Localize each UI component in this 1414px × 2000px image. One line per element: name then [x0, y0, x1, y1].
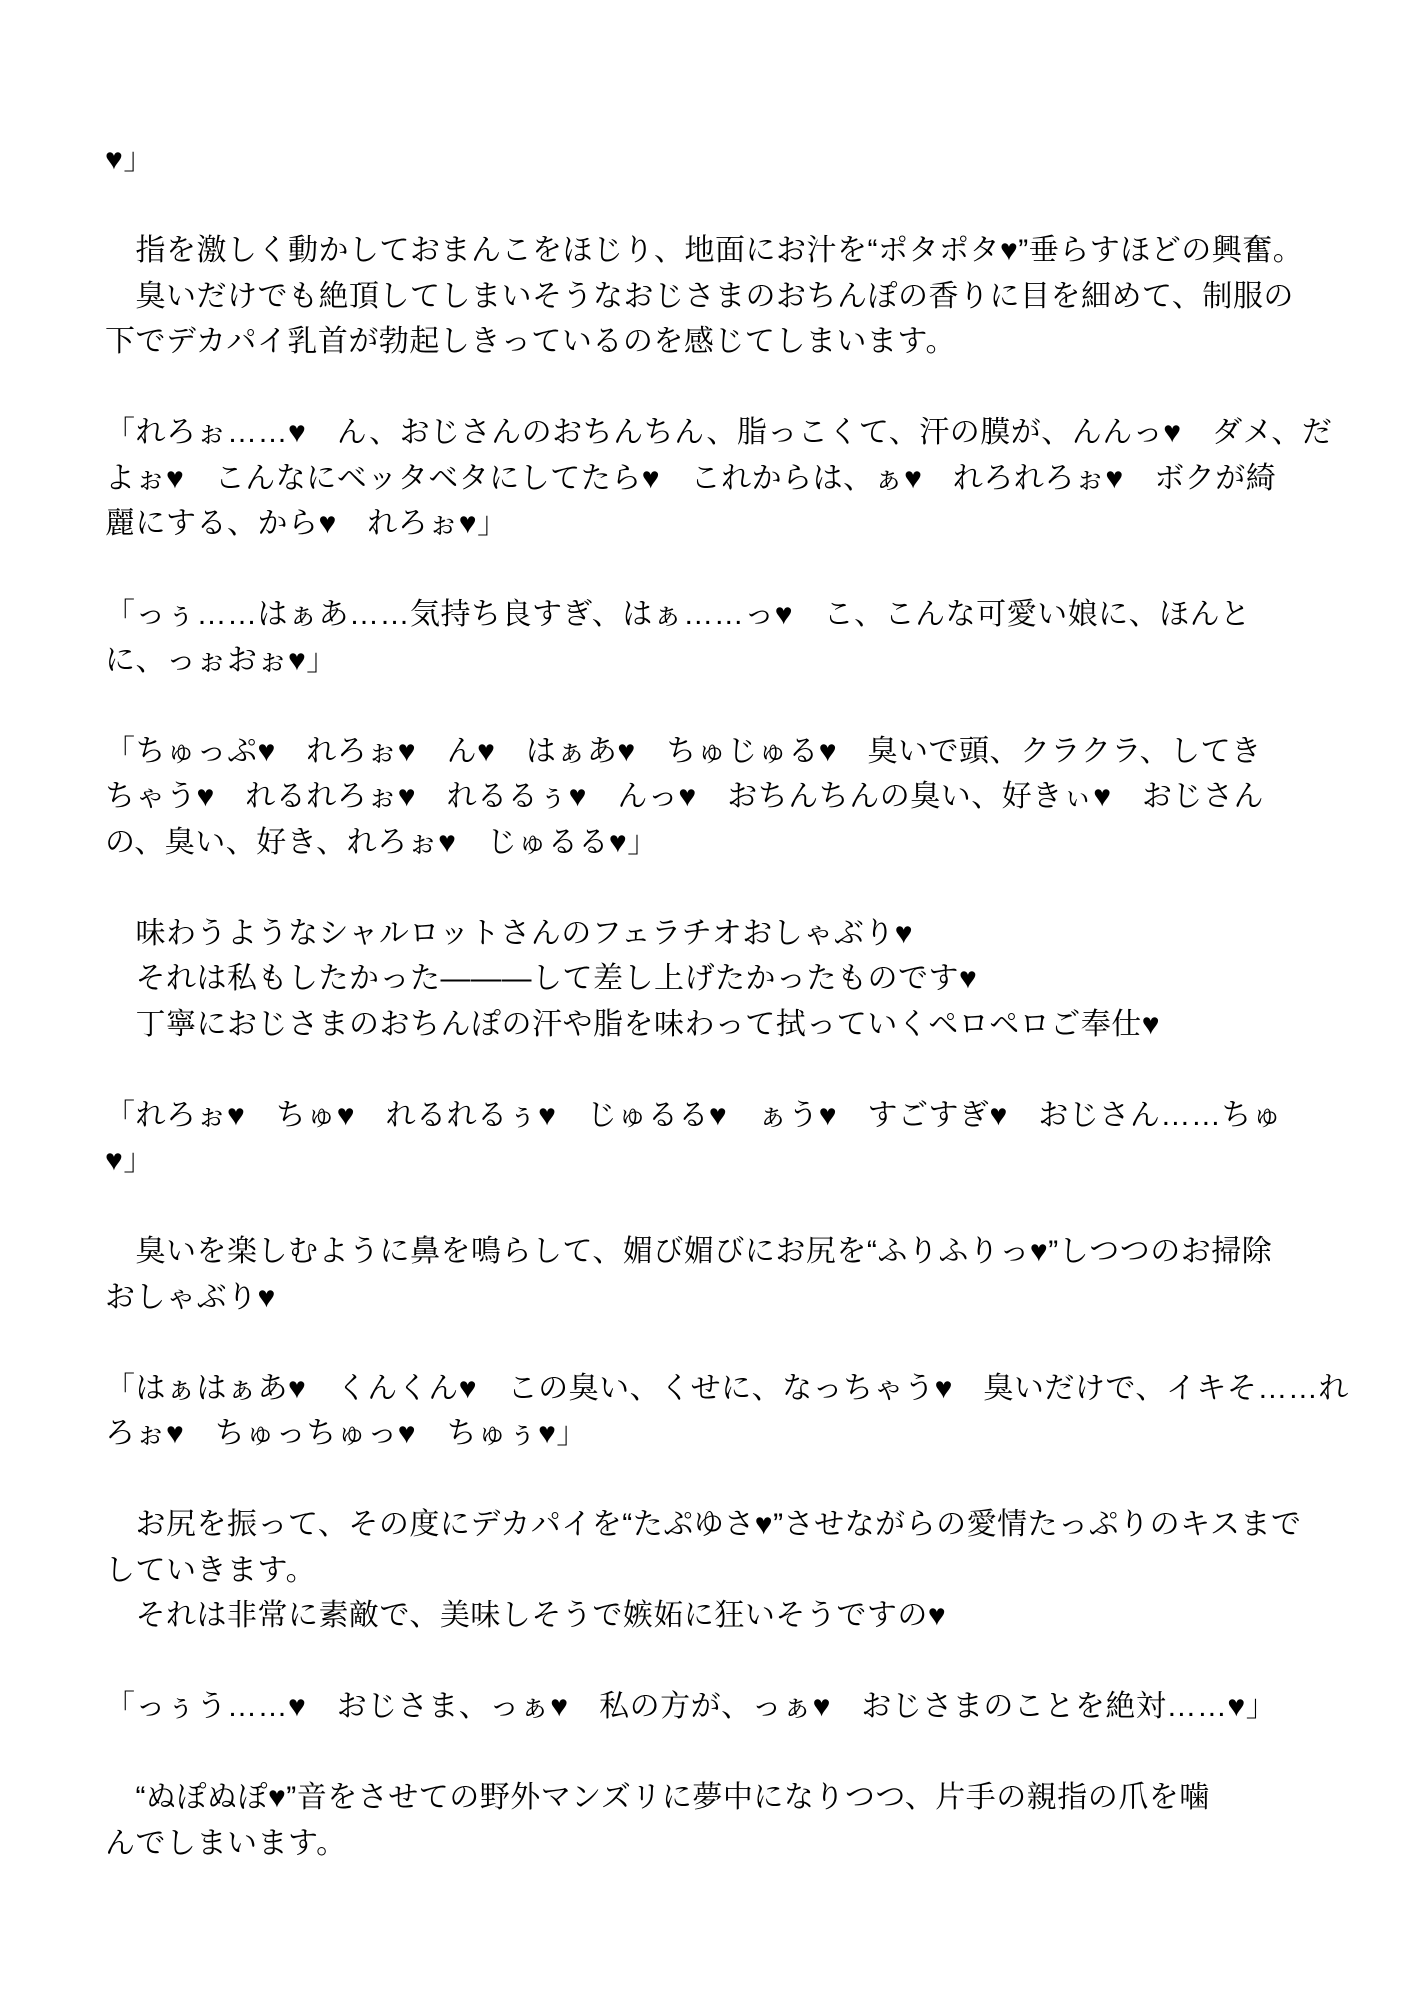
text-line: ♥」	[105, 137, 1354, 183]
text-line: “ぬぽぬぽ♥”音をさせての野外マンズリに夢中になりつつ、片手の親指の爪を噛	[105, 1775, 1354, 1821]
text-line: よぉ♥ こんなにベッタベタにしてたら♥ これからは、ぁ♥ れろれろぉ♥ ボクが綺	[105, 456, 1354, 502]
text-line: ちゃう♥ れるれろぉ♥ れるるぅ♥ んっ♥ おちんちんの臭い、好きぃ♥ おじさん	[105, 774, 1354, 820]
text-line: 「っぅう……♥ おじさま、っぁ♥ 私の方が、っぁ♥ おじさまのことを絶対……♥」	[105, 1684, 1354, 1730]
text-line: 丁寧におじさまのおちんぽの汗や脂を味わって拭っていくペロペロご奉仕♥	[105, 1002, 1354, 1048]
text-line: に、っぉおぉ♥」	[105, 638, 1354, 684]
paragraph-1: ♥」	[105, 137, 1354, 183]
paragraph-10: お尻を振って、その度にデカパイを“たぷゆさ♥”させながらの愛情たっぷりのキスまで…	[105, 1502, 1354, 1639]
text-line: お尻を振って、その度にデカパイを“たぷゆさ♥”させながらの愛情たっぷりのキスまで	[105, 1502, 1354, 1548]
paragraph-8: 臭いを楽しむように鼻を鳴らして、媚び媚びにお尻を“ふりふりっ♥”しつつのお掃除お…	[105, 1229, 1354, 1320]
paragraph-7: 「れろぉ♥ ちゅ♥ れるれるぅ♥ じゅるる♥ ぁう♥ すごすぎ♥ おじさん……ち…	[105, 1093, 1354, 1184]
paragraph-5: 「ちゅっぷ♥ れろぉ♥ ん♥ はぁあ♥ ちゅじゅる♥ 臭いで頭、クラクラ、してき…	[105, 729, 1354, 866]
text-line: 下でデカパイ乳首が勃起しきっているのを感じてしまいます。	[105, 319, 1354, 365]
text-line: していきます。	[105, 1548, 1354, 1594]
text-line: 味わうようなシャルロットさんのフェラチオおしゃぶり♥	[105, 911, 1354, 957]
paragraph-4: 「っぅ……はぁあ……気持ち良すぎ、はぁ……っ♥ こ、こんな可愛い娘に、ほんとに、…	[105, 592, 1354, 683]
text-line: 指を激しく動かしておまんこをほじり、地面にお汁を“ポタポタ♥”垂らすほどの興奮。	[105, 228, 1354, 274]
text-line: 「はぁはぁあ♥ くんくん♥ この臭い、くせに、なっちゃう♥ 臭いだけで、イキそ……	[105, 1366, 1354, 1412]
text-line: それは私もしたかった———して差し上げたかったものです♥	[105, 956, 1354, 1002]
text-line: 「れろぉ♥ ちゅ♥ れるれるぅ♥ じゅるる♥ ぁう♥ すごすぎ♥ おじさん……ち…	[105, 1093, 1354, 1139]
text-line: おしゃぶり♥	[105, 1275, 1354, 1321]
text-line: ♥」	[105, 1138, 1354, 1184]
text-line: 「っぅ……はぁあ……気持ち良すぎ、はぁ……っ♥ こ、こんな可愛い娘に、ほんと	[105, 592, 1354, 638]
paragraph-11: 「っぅう……♥ おじさま、っぁ♥ 私の方が、っぁ♥ おじさまのことを絶対……♥」	[105, 1684, 1354, 1730]
text-line: 「れろぉ……♥ ん、おじさんのおちんちん、脂っこくて、汗の膜が、んんっ♥ ダメ、…	[105, 410, 1354, 456]
text-line: の、臭い、好き、れろぉ♥ じゅるる♥」	[105, 820, 1354, 866]
text-line: 臭いを楽しむように鼻を鳴らして、媚び媚びにお尻を“ふりふりっ♥”しつつのお掃除	[105, 1229, 1354, 1275]
text-line: 臭いだけでも絶頂してしまいそうなおじさまのおちんぽの香りに目を細めて、制服の	[105, 274, 1354, 320]
text-line: んでしまいます。	[105, 1821, 1354, 1867]
text-line: 麗にする、から♥ れろぉ♥」	[105, 501, 1354, 547]
paragraph-12: “ぬぽぬぽ♥”音をさせての野外マンズリに夢中になりつつ、片手の親指の爪を噛んでし…	[105, 1775, 1354, 1866]
paragraph-9: 「はぁはぁあ♥ くんくん♥ この臭い、くせに、なっちゃう♥ 臭いだけで、イキそ……	[105, 1366, 1354, 1457]
text-line: 「ちゅっぷ♥ れろぉ♥ ん♥ はぁあ♥ ちゅじゅる♥ 臭いで頭、クラクラ、してき	[105, 729, 1354, 775]
text-line: ろぉ♥ ちゅっちゅっ♥ ちゅぅ♥」	[105, 1411, 1354, 1457]
paragraph-2: 指を激しく動かしておまんこをほじり、地面にお汁を“ポタポタ♥”垂らすほどの興奮。…	[105, 228, 1354, 365]
paragraph-6: 味わうようなシャルロットさんのフェラチオおしゃぶり♥ それは私もしたかった———…	[105, 911, 1354, 1048]
novel-text-block: ♥」 指を激しく動かしておまんこをほじり、地面にお汁を“ポタポタ♥”垂らすほどの…	[105, 137, 1354, 1866]
document-page: ♥」 指を激しく動かしておまんこをほじり、地面にお汁を“ポタポタ♥”垂らすほどの…	[0, 0, 1414, 2000]
text-line: それは非常に素敵で、美味しそうで嫉妬に狂いそうですの♥	[105, 1593, 1354, 1639]
paragraph-3: 「れろぉ……♥ ん、おじさんのおちんちん、脂っこくて、汗の膜が、んんっ♥ ダメ、…	[105, 410, 1354, 547]
